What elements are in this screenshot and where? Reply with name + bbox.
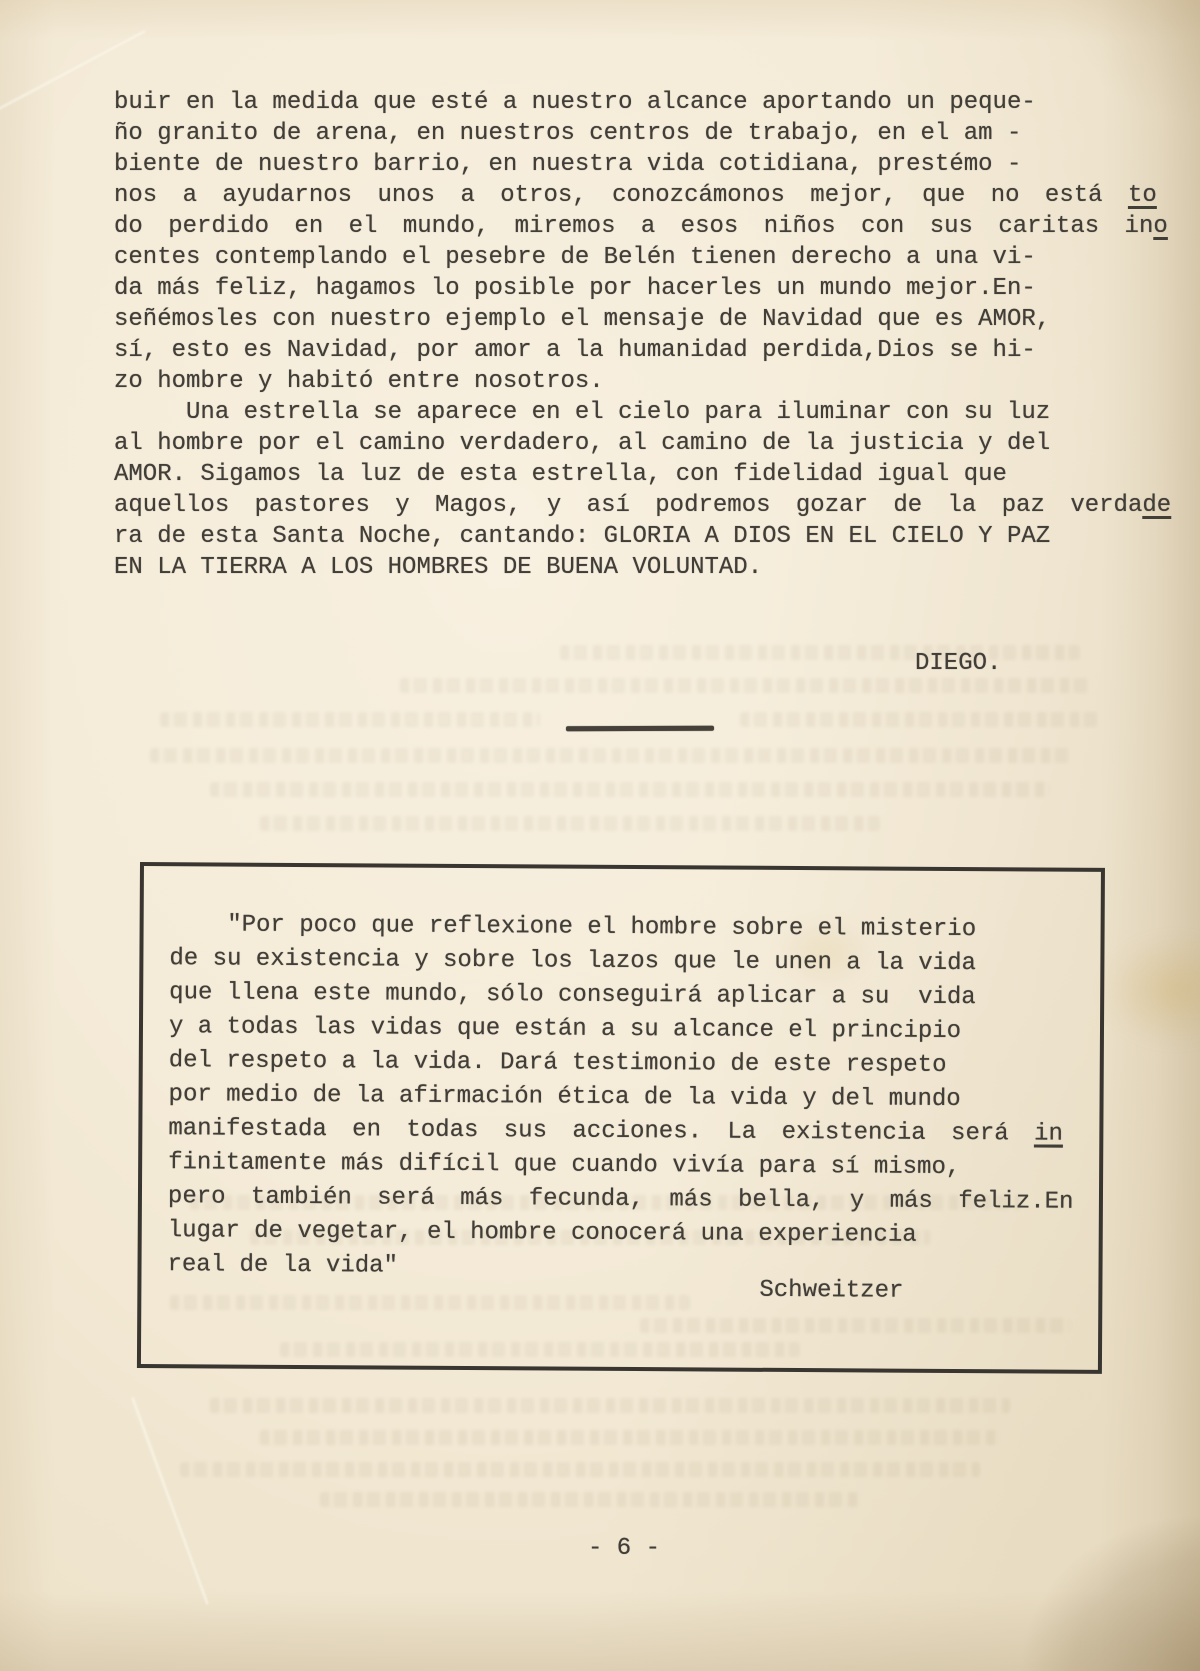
text-line: do perdido en el mundo, miremos a esos n… bbox=[114, 211, 1171, 242]
document-page: buir en la medida que esté a nuestro alc… bbox=[0, 0, 1200, 1671]
text-line: "Por poco que reflexione el hombre sobre… bbox=[170, 908, 1081, 948]
text-line: al hombre por el camino verdadero, al ca… bbox=[114, 428, 1171, 459]
quote-box: "Por poco que reflexione el hombre sobre… bbox=[137, 862, 1105, 1374]
bleedthrough-artifact bbox=[560, 645, 1080, 660]
text-line: pero también será más fecunda, más bella… bbox=[168, 1180, 1079, 1220]
bleedthrough-artifact bbox=[400, 678, 1090, 693]
author-signature: DIEGO. bbox=[915, 648, 1001, 679]
bleedthrough-artifact bbox=[740, 712, 1100, 727]
text-line: que llena este mundo, sólo conseguirá ap… bbox=[169, 976, 1080, 1016]
text-line: aquellos pastores y Magos, y así podremo… bbox=[114, 490, 1171, 521]
text-line: de su existencia y sobre los lazos que l… bbox=[169, 942, 1080, 982]
text-line: ra de esta Santa Noche, cantando: GLORIA… bbox=[114, 521, 1171, 552]
text-line: sí, esto es Navidad, por amor a la human… bbox=[114, 335, 1171, 366]
article-text: buir en la medida que esté a nuestro alc… bbox=[114, 87, 1171, 583]
text-line: AMOR. Sigamos la luz de esta estrella, c… bbox=[114, 459, 1171, 490]
text-line: manifestada en todas sus acciones. La ex… bbox=[168, 1112, 1079, 1152]
text-line: biente de nuestro barrio, en nuestra vid… bbox=[114, 149, 1171, 180]
text-line: buir en la medida que esté a nuestro alc… bbox=[114, 87, 1171, 118]
text-line: lugar de vegetar, el hombre conocerá una… bbox=[168, 1214, 1079, 1254]
bleedthrough-artifact bbox=[150, 748, 1070, 763]
bleedthrough-artifact bbox=[260, 816, 880, 831]
text-line: nos a ayudarnos unos a otros, conozcámon… bbox=[114, 180, 1171, 211]
bleedthrough-artifact bbox=[180, 1462, 980, 1477]
text-line: da más feliz, hagamos lo posible por hac… bbox=[114, 273, 1171, 304]
section-divider bbox=[566, 726, 714, 732]
quote-attribution: Schweitzer bbox=[759, 1274, 1078, 1310]
text-line: zo hombre y habitó entre nosotros. bbox=[114, 366, 1171, 397]
page-number: - 6 - bbox=[588, 1533, 660, 1564]
text-line: finitamente más difícil que cuando vivía… bbox=[168, 1146, 1079, 1186]
text-line: del respeto a la vida. Dará testimonio d… bbox=[169, 1044, 1080, 1084]
bleedthrough-artifact bbox=[320, 1492, 860, 1507]
paper-crease bbox=[131, 1397, 208, 1604]
text-line: Una estrella se aparece en el cielo para… bbox=[114, 397, 1171, 428]
bleedthrough-artifact bbox=[210, 1398, 1010, 1413]
bleedthrough-artifact bbox=[210, 782, 1050, 797]
text-line: centes contemplando el pesebre de Belén … bbox=[114, 242, 1171, 273]
bleedthrough-artifact bbox=[260, 1430, 1000, 1445]
text-line: señémosles con nuestro ejemplo el mensaj… bbox=[114, 304, 1171, 335]
text-line: por medio de la afirmación ética de la v… bbox=[168, 1078, 1079, 1118]
quote-text: "Por poco que reflexione el hombre sobre… bbox=[167, 908, 1080, 1288]
text-line: y a todas las vidas que están a su alcan… bbox=[169, 1010, 1080, 1050]
text-line: ño granito de arena, en nuestros centros… bbox=[114, 118, 1171, 149]
text-line: EN LA TIERRA A LOS HOMBRES DE BUENA VOLU… bbox=[114, 552, 1171, 583]
bleedthrough-artifact bbox=[160, 712, 540, 727]
